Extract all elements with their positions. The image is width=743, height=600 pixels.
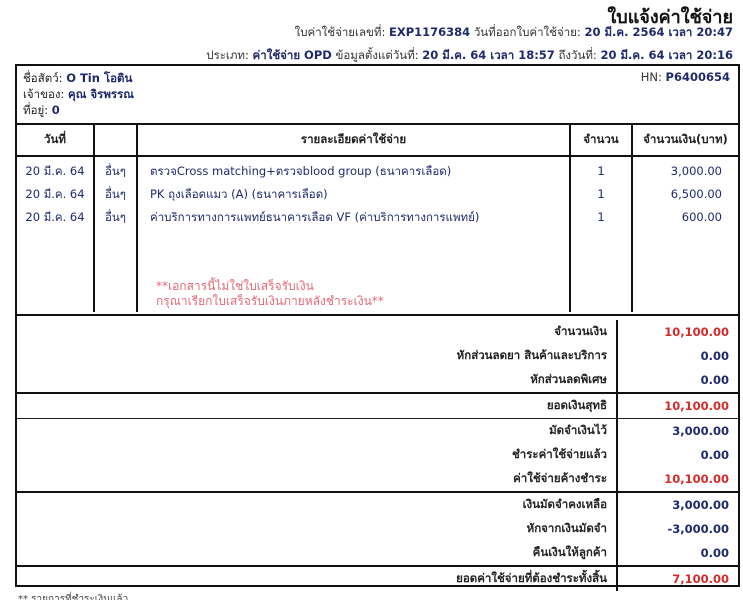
issue-date: 20 มี.ค. 2564 เวลา 20:47	[584, 25, 733, 39]
summary-label: ชำระค่าใช้จ่ายแล้ว	[17, 446, 616, 464]
summary-value: 0.00	[616, 368, 738, 392]
summary-label: ค่าใช้จ่ายค้างชำระ	[17, 470, 616, 488]
summary-value: 7,100.00	[616, 567, 738, 591]
summary-row: เงินมัดจำคงเหลือ3,000.00	[17, 493, 738, 517]
pet-label: ชื่อสัตว์:	[23, 71, 63, 85]
type-info-line: ประเภท: ค่าใช้จ่าย OPD ข้อมูลตั้งแต่วันท…	[206, 47, 733, 65]
summary-label: หักส่วนลดพิเศษ	[17, 371, 616, 389]
to-label: ถึงวันที่:	[558, 48, 596, 62]
owner-name: คุณ จิรพรรณ	[68, 87, 134, 101]
summary-value: 10,100.00	[616, 394, 738, 418]
summary-value: 0.00	[616, 344, 738, 368]
description-column: ตรวจCross matching+ตรวจblood group (ธนาค…	[137, 156, 570, 312]
summary-value: 10,100.00	[616, 320, 738, 344]
patient-info: ชื่อสัตว์: O Tin โอติน เจ้าของ: คุณ จิรพ…	[23, 70, 134, 118]
table-cell-amount: 6,500.00	[633, 185, 730, 208]
type-label: ประเภท:	[206, 48, 249, 62]
summary-group: จำนวนเงิน10,100.00หักส่วนลดยา สินค้าและบ…	[17, 314, 738, 392]
to-value: 20 มี.ค. 64 เวลา 20:16	[600, 48, 733, 62]
summary-label: มัดจำเงินไว้	[17, 422, 616, 440]
amount-column: 3,000.006,500.00600.00	[632, 156, 738, 312]
items-table: วันที่ รายละเอียดค่าใช้จ่าย จำนวน จำนวนเ…	[17, 123, 738, 312]
from-value: 20 มี.ค. 64 เวลา 18:57	[422, 48, 555, 62]
summary-label: ยอดค่าใช้จ่ายที่ต้องชำระทั้งสิ้น	[17, 570, 616, 588]
items-body-row: 20 มี.ค. 6420 มี.ค. 6420 มี.ค. 64 อื่นๆอ…	[17, 156, 738, 312]
table-cell-type: อื่นๆ	[95, 208, 136, 231]
hn-info: HN: P6400654	[641, 70, 730, 84]
from-label: ข้อมูลตั้งแต่วันที่:	[335, 48, 418, 62]
summary-label: จำนวนเงิน	[17, 323, 616, 341]
col-header-description: รายละเอียดค่าใช้จ่าย	[137, 124, 570, 156]
invoice-box: ชื่อสัตว์: O Tin โอติน เจ้าของ: คุณ จิรพ…	[15, 64, 740, 587]
table-cell-qty: 1	[571, 208, 631, 231]
date-column: 20 มี.ค. 6420 มี.ค. 6420 มี.ค. 64	[17, 156, 94, 312]
address-label: ที่อยู่:	[23, 103, 48, 117]
summary-row: ชำระค่าใช้จ่ายแล้ว0.00	[17, 443, 738, 467]
summary-label: หักจากเงินมัดจำ	[17, 520, 616, 538]
not-receipt-notice: **เอกสารนี้ไม่ใช่ใบเสร็จรับเงิน กรุณาเรี…	[144, 279, 384, 309]
hn-label: HN:	[641, 70, 662, 84]
summary-row: ยอดเงินสุทธิ10,100.00	[17, 394, 738, 418]
table-header-row: วันที่ รายละเอียดค่าใช้จ่าย จำนวน จำนวนเ…	[17, 124, 738, 156]
summary-row: มัดจำเงินไว้3,000.00	[17, 419, 738, 443]
summary-row: หักจากเงินมัดจำ-3,000.00	[17, 517, 738, 541]
table-cell-date: 20 มี.ค. 64	[17, 185, 93, 208]
table-cell-amount: 3,000.00	[633, 162, 730, 185]
invoice-info-line: ใบค่าใช้จ่ายเลขที่: EXP1176384 วันที่ออก…	[295, 24, 733, 42]
summary-value: 0.00	[616, 541, 738, 565]
table-cell-type: อื่นๆ	[95, 185, 136, 208]
col-header-type	[94, 124, 137, 156]
table-cell-desc: ตรวจCross matching+ตรวจblood group (ธนาค…	[144, 162, 569, 185]
summary-group: ยอดเงินสุทธิ10,100.00	[17, 392, 738, 418]
type-column: อื่นๆอื่นๆอื่นๆ	[94, 156, 137, 312]
summary-row: หักส่วนลดยา สินค้าและบริการ0.00	[17, 344, 738, 368]
summary-section: จำนวนเงิน10,100.00หักส่วนลดยา สินค้าและบ…	[17, 314, 738, 591]
table-cell-amount: 600.00	[633, 208, 730, 231]
summary-row: ค่าใช้จ่ายค้างชำระ10,100.00	[17, 467, 738, 491]
summary-value: 3,000.00	[616, 493, 738, 517]
table-cell-desc: PK ถุงเลือดแมว (A) (ธนาคารเลือด)	[144, 185, 569, 208]
hn-value: P6400654	[666, 70, 730, 84]
invoice-no: EXP1176384	[389, 25, 470, 39]
col-header-amount: จำนวนเงิน(บาท)	[632, 124, 738, 156]
summary-label: หักส่วนลดยา สินค้าและบริการ	[17, 347, 616, 365]
summary-row: จำนวนเงิน10,100.00	[17, 320, 738, 344]
type-value: ค่าใช้จ่าย OPD	[253, 48, 332, 62]
summary-label: คืนเงินให้ลูกค้า	[17, 544, 616, 562]
invoice-no-label: ใบค่าใช้จ่ายเลขที่:	[295, 25, 386, 39]
summary-value: -3,000.00	[616, 517, 738, 541]
owner-label: เจ้าของ:	[23, 87, 64, 101]
summary-label: ยอดเงินสุทธิ	[17, 397, 616, 415]
summary-value: 3,000.00	[616, 419, 738, 443]
summary-row: คืนเงินให้ลูกค้า0.00	[17, 541, 738, 565]
summary-value: 0.00	[616, 443, 738, 467]
summary-group: ยอดค่าใช้จ่ายที่ต้องชำระทั้งสิ้น7,100.00	[17, 565, 738, 591]
col-header-quantity: จำนวน	[570, 124, 632, 156]
summary-label: เงินมัดจำคงเหลือ	[17, 496, 616, 514]
notice-line-1: **เอกสารนี้ไม่ใช่ใบเสร็จรับเงิน	[150, 279, 384, 294]
quantity-column: 111	[570, 156, 632, 312]
col-header-date: วันที่	[17, 124, 94, 156]
summary-value: 10,100.00	[616, 467, 738, 491]
footer-note: ** รายการที่ชำระเงินแล้ว	[18, 592, 128, 600]
table-cell-date: 20 มี.ค. 64	[17, 162, 93, 185]
pet-name: O Tin โอติน	[66, 71, 132, 85]
table-cell-desc: ค่าบริการทางการแพทย์ธนาคารเลือด VF (ค่าบ…	[144, 208, 569, 231]
summary-group: มัดจำเงินไว้3,000.00ชำระค่าใช้จ่ายแล้ว0.…	[17, 418, 738, 491]
issue-date-label: วันที่ออกใบค่าใช้จ่าย:	[474, 25, 581, 39]
summary-group: เงินมัดจำคงเหลือ3,000.00หักจากเงินมัดจำ-…	[17, 491, 738, 565]
summary-row: ยอดค่าใช้จ่ายที่ต้องชำระทั้งสิ้น7,100.00	[17, 567, 738, 591]
address-value: 0	[52, 103, 60, 117]
table-cell-qty: 1	[571, 162, 631, 185]
notice-line-2: กรุณาเรียกใบเสร็จรับเงินภายหลังชำระเงิน*…	[150, 294, 384, 309]
table-cell-type: อื่นๆ	[95, 162, 136, 185]
table-cell-qty: 1	[571, 185, 631, 208]
summary-row: หักส่วนลดพิเศษ0.00	[17, 368, 738, 392]
table-cell-date: 20 มี.ค. 64	[17, 208, 93, 231]
